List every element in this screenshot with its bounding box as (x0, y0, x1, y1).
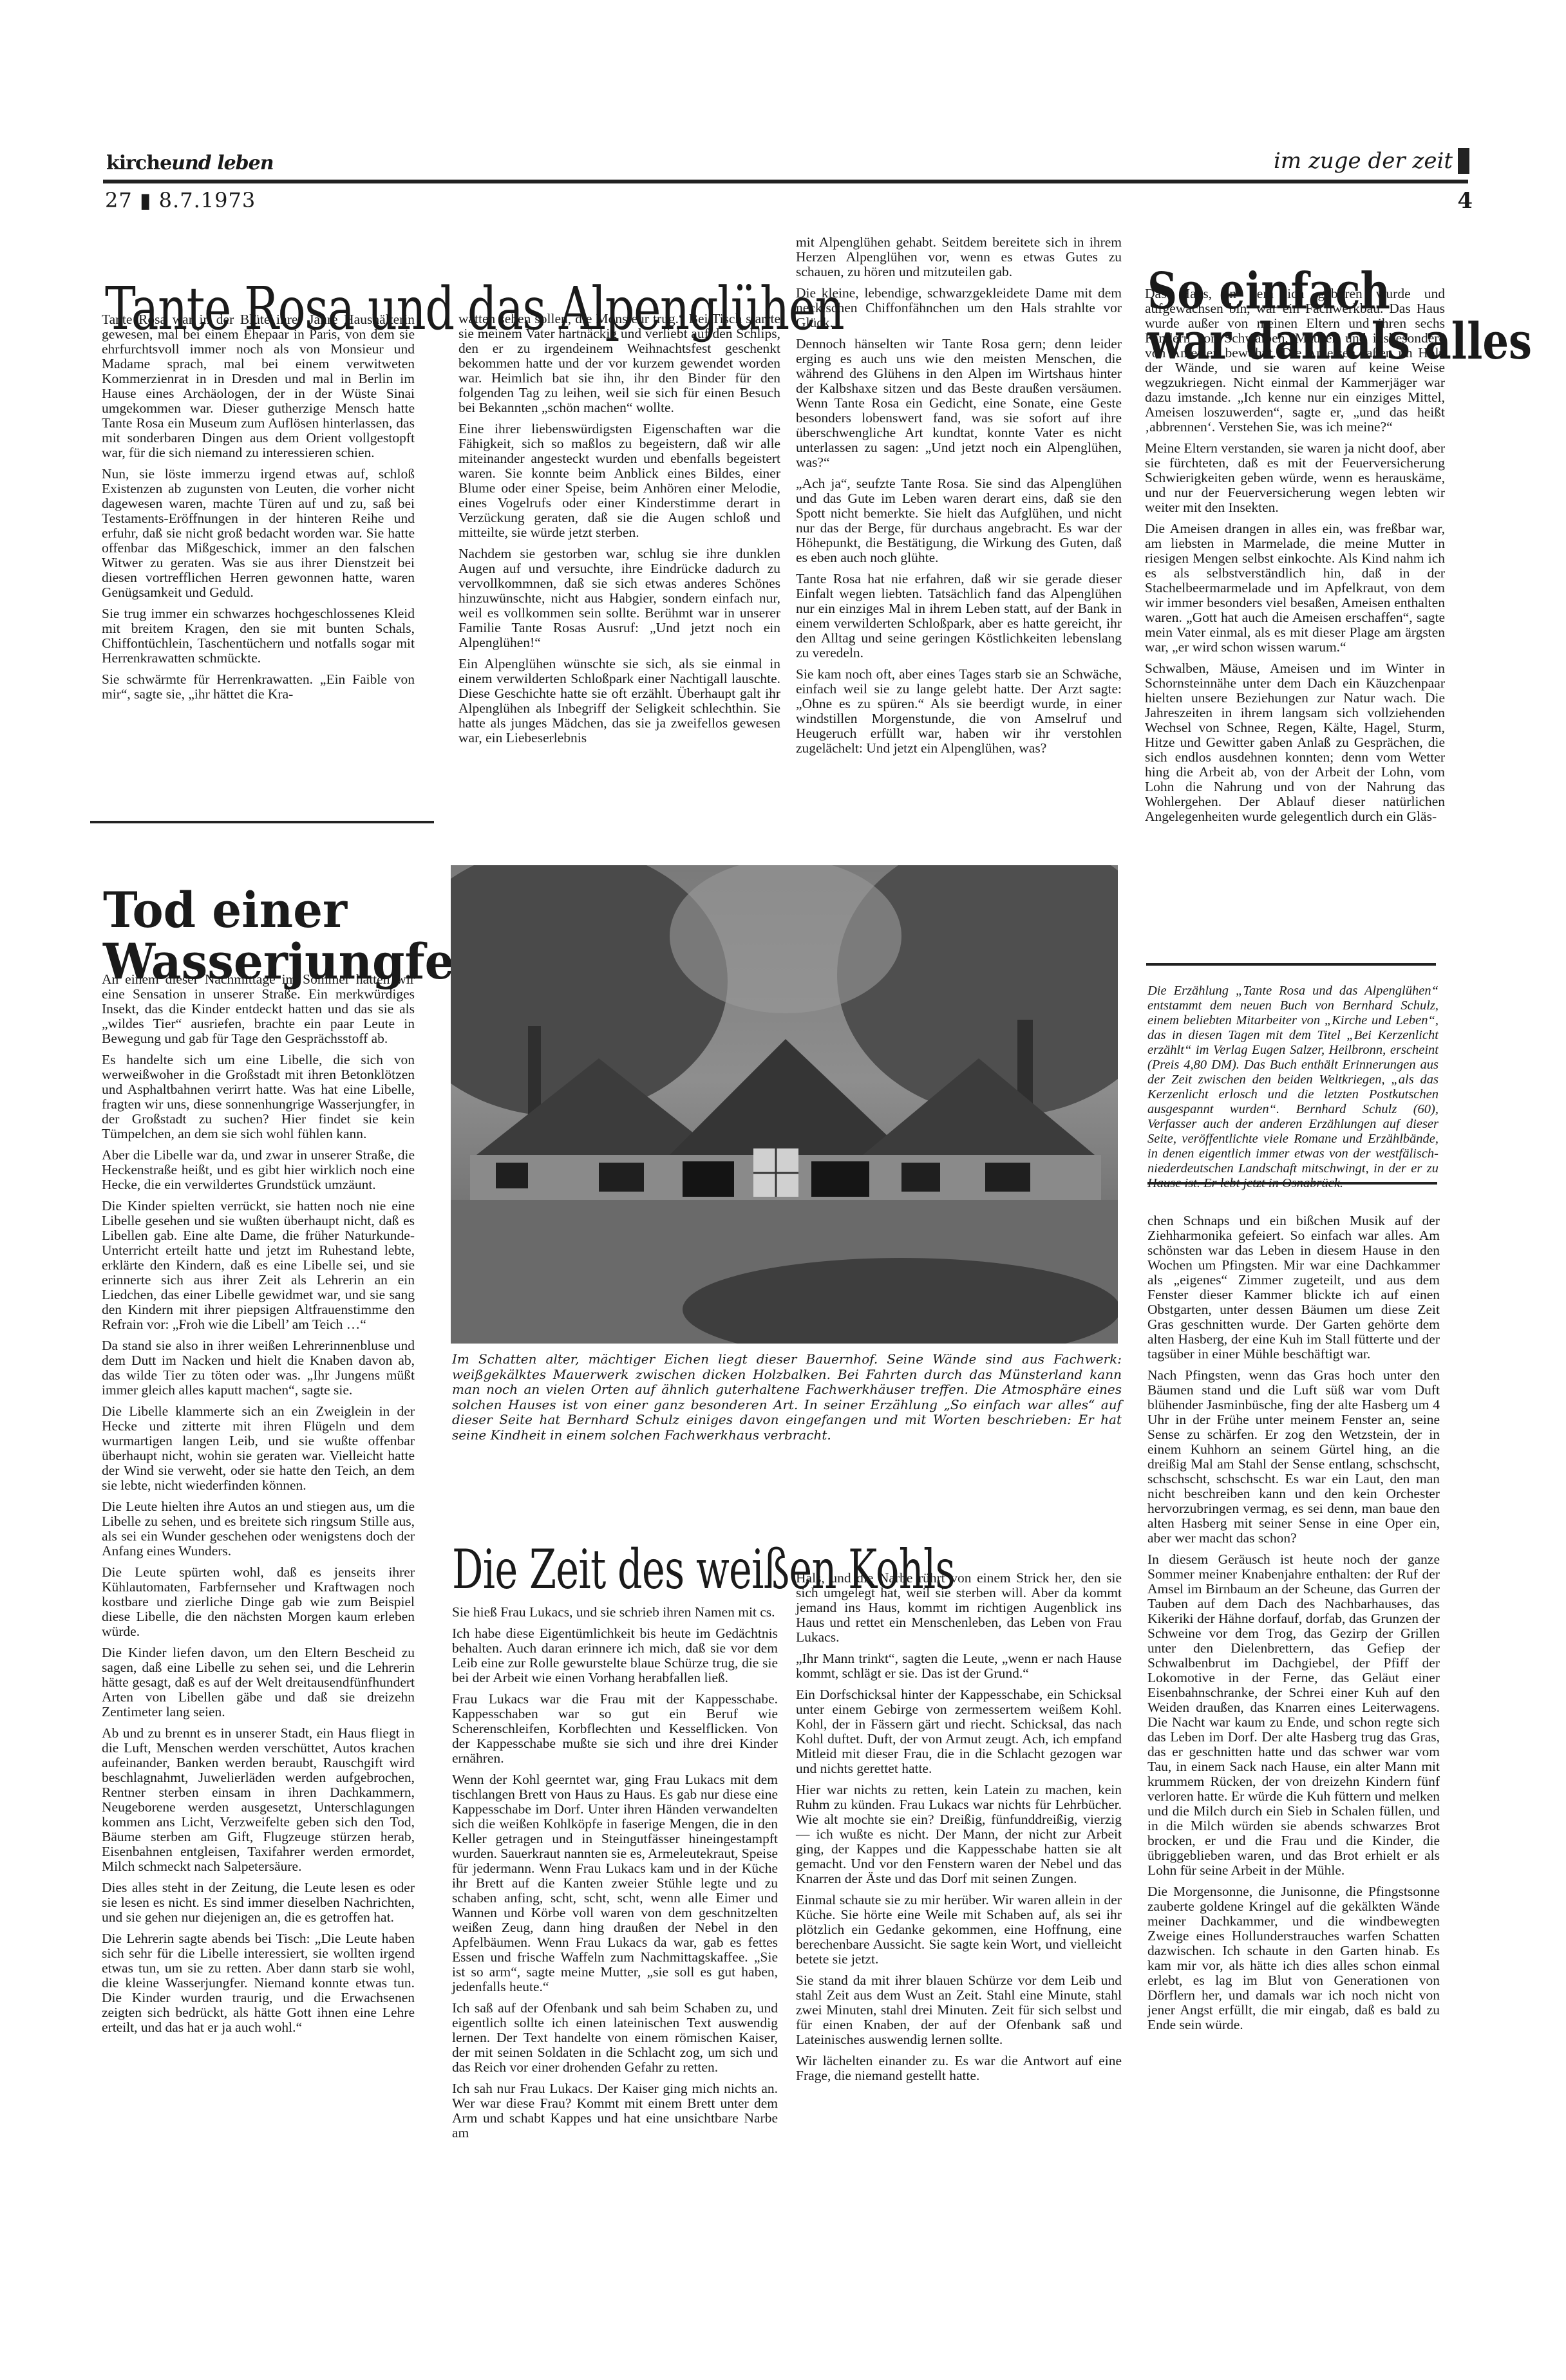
paragraph: Aber die Libelle war da, und zwar in uns… (102, 1148, 415, 1192)
paragraph: chen Schnaps und ein bißchen Musik auf d… (1147, 1213, 1440, 1362)
paragraph: Die Ameisen drangen in alles ein, was fr… (1145, 521, 1445, 655)
paragraph: Die Libelle klammerte sich an ein Zweigl… (102, 1404, 415, 1493)
tante-rosa-column-2: watten sehen sollen, die Monsieur trug.“… (458, 312, 780, 752)
paragraph: Ich habe diese Eigentümlichkeit bis heut… (452, 1626, 778, 1685)
paragraph: Die Kinder liefen davon, um den Eltern B… (102, 1645, 415, 1719)
paragraph: Nachdem sie gestorben war, schlug sie ih… (458, 547, 780, 650)
farmhouse-photo (451, 865, 1118, 1344)
paragraph: Ich saß auf der Ofenbank und sah beim Sc… (452, 2001, 778, 2075)
paragraph: Frau Lukacs war die Frau mit der Kappess… (452, 1692, 778, 1766)
section-title-text: im zuge der zeit (1274, 148, 1453, 174)
tante-rosa-column-1: Tante Rosa war in der Blüte ihrer Jahre … (102, 312, 415, 708)
author-note-text: Die Erzählung „Tante Rosa und das Alpeng… (1147, 984, 1439, 1191)
paragraph: mit Alpenglühen gehabt. Seitdem bereitet… (796, 235, 1122, 279)
paragraph: „Ach ja“, seufzte Tante Rosa. Sie sind d… (796, 476, 1122, 565)
paragraph: Die Kinder spielten verrückt, sie hatten… (102, 1199, 415, 1332)
note-divider-bottom (1147, 1182, 1437, 1185)
paragraph: Ab und zu brennt es in unserer Stadt, ei… (102, 1726, 415, 1874)
paragraph: Sie kam noch oft, aber eines Tages starb… (796, 667, 1122, 756)
kohl-column-left: Sie hieß Frau Lukacs, und sie schrieb ih… (452, 1605, 778, 2147)
paragraph: Nach Pfingsten, wenn das Gras hoch unter… (1147, 1368, 1440, 1546)
headline-line: Tod einer (103, 881, 347, 939)
photo-image (451, 865, 1118, 1344)
masthead-kirche: kirche (106, 152, 171, 174)
paragraph: watten sehen sollen, die Monsieur trug.“… (458, 312, 780, 415)
paragraph: Dennoch hänselten wir Tante Rosa gern; d… (796, 337, 1122, 470)
masthead-publication-title: kircheund leben (106, 152, 274, 174)
paragraph: Sie schwärmte für Herrenkrawatten. „Ein … (102, 672, 415, 702)
paragraph: Wenn der Kohl geerntet war, ging Frau Lu… (452, 1772, 778, 1994)
paragraph: Es handelte sich um eine Libelle, die si… (102, 1053, 415, 1141)
paragraph: Hals, und die Narbe rührt von einem Stri… (796, 1571, 1122, 1645)
paragraph: Hier war nichts zu retten, kein Latein z… (796, 1783, 1122, 1886)
paragraph: Sie stand da mit ihrer blauen Schürze vo… (796, 1973, 1122, 2047)
paragraph: Ein Dorfschicksal hinter der Kappesschab… (796, 1687, 1122, 1776)
tante-rosa-column-3: mit Alpenglühen gehabt. Seitdem bereitet… (796, 235, 1122, 762)
paragraph: Die Leute spürten wohl, daß es jenseits … (102, 1565, 415, 1639)
paragraph: Ein Alpenglühen wünschte sie sich, als s… (458, 657, 780, 745)
paragraph: Meine Eltern verstanden, sie waren ja ni… (1145, 441, 1445, 515)
paragraph: Ich sah nur Frau Lukacs. Der Kaiser ging… (452, 2081, 778, 2141)
paragraph: Eine ihrer liebenswürdigsten Eigenschaft… (458, 422, 780, 540)
paragraph: Einmal schaute sie zu mir herüber. Wir w… (796, 1893, 1122, 1967)
section-marker-block-icon (1458, 148, 1469, 174)
paragraph: An einem dieser Nachmittage im Sommer ha… (102, 972, 415, 1046)
issue-date: 27 ▮ 8.7.1973 (105, 188, 256, 212)
paragraph: „Ihr Mann trinkt“, sagten die Leute, „we… (796, 1651, 1122, 1681)
section-divider-left (90, 821, 434, 823)
note-divider-top (1146, 963, 1436, 966)
author-note: Die Erzählung „Tante Rosa und das Alpeng… (1147, 984, 1439, 1197)
paragraph: Die kleine, lebendige, schwarzgekleidete… (796, 286, 1122, 330)
paragraph: Die Morgensonne, die Junisonne, die Pfin… (1147, 1884, 1440, 2032)
paragraph: In diesem Geräusch ist heute noch der ga… (1147, 1552, 1440, 1878)
paragraph: Tante Rosa war in der Blüte ihrer Jahre … (102, 312, 415, 460)
so-einfach-column-top: Das Haus, in dem ich geboren wurde und a… (1145, 286, 1445, 830)
kohl-column-right: Hals, und die Narbe rührt von einem Stri… (796, 1571, 1122, 2090)
paragraph: Das Haus, in dem ich geboren wurde und a… (1145, 286, 1445, 435)
paragraph: Schwalben, Mäuse, Ameisen und im Winter … (1145, 661, 1445, 824)
page-number: 4 (1457, 188, 1473, 214)
paragraph: Die Lehrerin sagte abends bei Tisch: „Di… (102, 1931, 415, 2035)
so-einfach-column-bottom: chen Schnaps und ein bißchen Musik auf d… (1147, 1213, 1440, 2039)
masthead-und-leben: und leben (171, 152, 273, 174)
paragraph: Nun, sie löste immerzu irgend etwas auf,… (102, 467, 415, 600)
paragraph: Die Leute hielten ihre Autos an und stie… (102, 1499, 415, 1559)
wasserjungfer-column: An einem dieser Nachmittage im Sommer ha… (102, 972, 415, 2041)
paragraph: Dies alles steht in der Zeitung, die Leu… (102, 1880, 415, 1925)
paragraph: Tante Rosa hat nie erfahren, daß wir sie… (796, 572, 1122, 661)
photo-caption: Im Schatten alter, mächtiger Eichen lieg… (452, 1352, 1122, 1443)
paragraph: Sie trug immer ein schwarzes hochgeschlo… (102, 606, 415, 666)
paragraph: Da stand sie also in ihrer weißen Lehrer… (102, 1338, 415, 1398)
masthead-rule (103, 180, 1468, 183)
masthead-section-title: im zuge der zeit (1274, 148, 1469, 174)
paragraph: Sie hieß Frau Lukacs, und sie schrieb ih… (452, 1605, 778, 1620)
paragraph: Wir lächelten einander zu. Es war die An… (796, 2054, 1122, 2083)
